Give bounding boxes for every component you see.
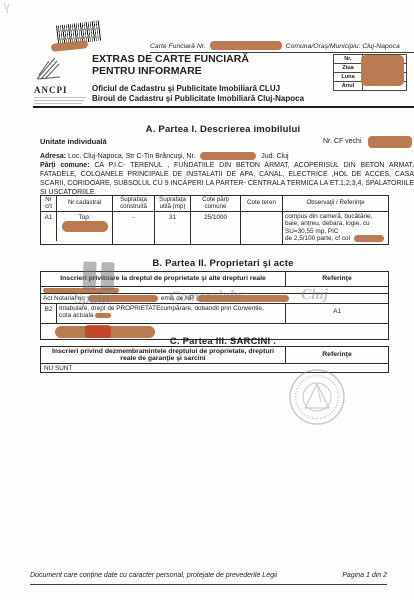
header-separator-rule bbox=[33, 106, 414, 108]
common-parts-label: Părţi comune: bbox=[40, 162, 90, 169]
col-header-suprafata-utila: Suprafaţa utilă (mp) bbox=[155, 196, 191, 212]
b2-text-cell: Intabulare, drept de PROPRIETATEcumpărar… bbox=[57, 304, 286, 323]
col-header-nr-cadastral: Nr cadastral bbox=[57, 196, 113, 212]
cell-nr-crt: A1 bbox=[41, 212, 57, 241]
carte-funciara-label: Carte Funciară Nr. bbox=[150, 43, 206, 50]
address-block: Adresa: Loc. Cluj-Napoca, Str C-Tin Brân… bbox=[40, 152, 414, 197]
document-top-line: Carte Funciară Nr. Comuna/Oraş/Municipiu… bbox=[150, 41, 414, 53]
ancpi-logo: ANCPI bbox=[34, 55, 90, 104]
section-a-heading: A. Partea I. Descrierea imobilului bbox=[33, 124, 413, 135]
property-table: Nr crt Nr cadastral Suprafaţa construită… bbox=[40, 195, 389, 245]
office-line1: Oficiul de Cadastru şi Publicitate Imobi… bbox=[92, 84, 332, 94]
address-line: Adresa: Loc. Cluj-Napoca, Str C-Tin Brân… bbox=[40, 152, 414, 161]
b2-text-line1: Intabulare, drept de PROPRIETATEcumpărar… bbox=[59, 305, 283, 312]
redaction-obs bbox=[354, 235, 384, 242]
common-parts-text: CA P.I.C- TERENUL , FUNDATIILE DIN BETON… bbox=[40, 162, 414, 196]
col-header-cote-parti: Cote părţi comune bbox=[191, 196, 241, 212]
cadastral-top-label: Top: bbox=[78, 214, 90, 221]
title-block: EXTRAS DE CARTE FUNCIARĂ PENTRU INFORMAR… bbox=[92, 53, 332, 104]
unit-label: Unitate individuală bbox=[40, 137, 107, 146]
observatii-line: compus din cameră, bucătărie, bbox=[285, 213, 386, 220]
address-value-post: Jud. Cluj bbox=[261, 153, 288, 160]
date-label-luna: Luna bbox=[334, 73, 363, 81]
common-parts-paragraph: Părţi comune: CA P.I.C- TERENUL , FUNDAT… bbox=[40, 161, 414, 197]
cell-suprafata-utila: 31 bbox=[155, 212, 191, 243]
cf-vechi-label: Nr. CF vechi bbox=[323, 138, 362, 145]
observatii-line: SU=30,55 mp, PIC bbox=[285, 228, 386, 235]
redaction-cf-number bbox=[210, 41, 282, 50]
sarcini-col1-header: Inscrieri privind dezmembramintele drept… bbox=[41, 347, 286, 363]
cell-cote-parti: 25/1000 bbox=[191, 212, 241, 243]
redaction-date bbox=[361, 55, 404, 86]
date-label-anul: Anul bbox=[334, 82, 363, 90]
observatii-line: de 2,5/100 parte, cf col bbox=[285, 235, 386, 242]
date-label-ziua: Ziua bbox=[334, 64, 363, 72]
scanned-document-page: Carte Funciară Nr. Comuna/Oraş/Municipiu… bbox=[0, 0, 414, 600]
footer: Document care conţine date cu caracter p… bbox=[30, 572, 387, 585]
logo-subtext-line bbox=[34, 103, 82, 105]
logo-subtext-line bbox=[34, 100, 84, 102]
b2-cota-label: cota actuala bbox=[59, 312, 93, 319]
watermark-bar bbox=[101, 262, 115, 290]
redaction-notary-name bbox=[197, 295, 289, 302]
document-title-line2: PENTRU INFORMARE bbox=[92, 65, 332, 77]
b2-referinte: A1 bbox=[286, 304, 388, 323]
ancpi-acronym: ANCPI bbox=[34, 85, 90, 95]
redaction-address-number bbox=[200, 152, 256, 160]
b2-row: B2 Intabulare, drept de PROPRIETATEcumpă… bbox=[41, 303, 388, 323]
b2-text-line2: cota actuala bbox=[59, 312, 283, 319]
act-emis-label: emis de NP bbox=[161, 295, 194, 302]
redaction-blob bbox=[51, 40, 89, 52]
cell-cote-teren bbox=[241, 212, 283, 243]
cell-nr-cadastral: Top: bbox=[57, 212, 113, 243]
logo-subtext-line bbox=[34, 97, 86, 99]
pencil-mark bbox=[1, 1, 15, 17]
office-line2: Biroul de Cadastru şi Publicitate Imobil… bbox=[92, 94, 332, 104]
redaction-cota bbox=[95, 313, 111, 319]
cell-observatii: compus din cameră, bucătărie, baie, antr… bbox=[283, 212, 388, 243]
sarcini-col2-header: Referinţe bbox=[286, 347, 388, 363]
col-header-suprafata-construita: Suprafaţa construită bbox=[113, 196, 155, 212]
col-header-cote-teren: Cote teren bbox=[241, 196, 283, 212]
redaction-cf-vechi bbox=[368, 136, 412, 148]
comuna-label: Comuna/Oraş/Municipiu: Cluj-Napoca bbox=[286, 43, 400, 50]
redaction-act-number bbox=[88, 295, 158, 302]
observatii-line: baie, antreu, debara, logie, cu bbox=[285, 220, 386, 227]
owners-col1-header: Inscrieri privitoare la dreptul de propr… bbox=[41, 272, 286, 286]
col-header-nr-crt: Nr crt bbox=[41, 196, 57, 212]
owners-col2-header: Referinţe bbox=[286, 272, 388, 286]
round-stamp-icon bbox=[287, 367, 347, 427]
act-notarial-label: Act Notarial nr. bbox=[43, 295, 85, 302]
redaction-cadastral-number bbox=[62, 221, 108, 232]
sarcini-header-row: Inscrieri privind dezmembramintele drept… bbox=[41, 347, 388, 363]
date-label-nr: Nr. bbox=[334, 55, 363, 63]
watermark-bar bbox=[83, 261, 97, 289]
col-header-observatii: Observaţii / Referinţe bbox=[283, 196, 388, 212]
b2-number: B2 bbox=[41, 304, 57, 323]
footer-page-indicator: Pagina 1 din 2 bbox=[342, 572, 387, 579]
address-label: Adresa: bbox=[40, 153, 66, 160]
feather-icon bbox=[34, 55, 64, 80]
watermark-logo-bars bbox=[82, 261, 119, 295]
observatii-line4-text: de 2,5/100 parte, cf col bbox=[285, 235, 350, 242]
footer-note: Document care conţine date cu caracter p… bbox=[30, 572, 277, 579]
address-value-pre: Loc. Cluj-Napoca, Str C-Tin Brâncuşi, Nr… bbox=[68, 153, 195, 160]
cell-suprafata-construita: - bbox=[113, 212, 155, 243]
document-title-line1: EXTRAS DE CARTE FUNCIARĂ bbox=[92, 53, 332, 65]
